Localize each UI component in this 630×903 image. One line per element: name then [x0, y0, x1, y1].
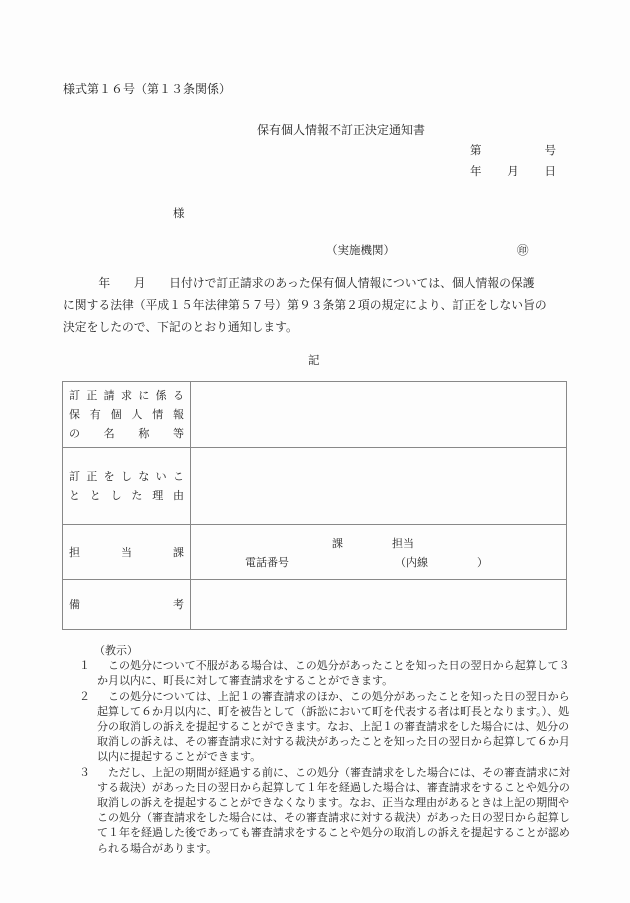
date-line: 年 月 日: [470, 163, 556, 179]
paragraph-line: 年 月 日付けで訂正請求のあった保有個人情報については、個人情報の保護: [63, 272, 568, 294]
phone-label: 電話番号: [245, 554, 289, 570]
value-remarks[interactable]: [191, 580, 567, 630]
value-info-name[interactable]: [191, 382, 567, 448]
seal-mark-icon: ㊞: [517, 242, 529, 258]
form-number: 様式第１６号（第１３条関係）: [63, 80, 231, 97]
paragraph-line: 決定をしたので、下記のとおり通知します。: [63, 316, 568, 338]
instruction-item: ２この処分については、上記１の審査請求のほか、この処分があったことを知った日の翌…: [66, 689, 571, 765]
addressee-suffix: 様: [173, 205, 185, 221]
table-row-info-name: 訂正請求に係る 保有個人情報 の名称等: [63, 382, 567, 448]
label-info-name: 訂正請求に係る 保有個人情報 の名称等: [63, 382, 191, 448]
details-table: 訂正請求に係る 保有個人情報 の名称等 訂正をしないこ ととした理由 担当課 課…: [62, 381, 567, 630]
document-number-line: 第 号: [470, 142, 556, 158]
ki-heading: 記: [308, 352, 320, 368]
instructions-section: （教示） １この処分について不服がある場合は、この処分があったことを知った日の翌…: [66, 643, 571, 856]
table-row-reason: 訂正をしないこ ととした理由: [63, 448, 567, 525]
notice-paragraph: 年 月 日付けで訂正請求のあった保有個人情報については、個人情報の保護 に関する…: [63, 272, 568, 338]
issuing-organization: （実施機関）: [326, 242, 395, 258]
date-year: 年: [470, 163, 482, 179]
person-label: 担当: [392, 535, 414, 551]
value-reason[interactable]: [191, 448, 567, 525]
date-month: 月: [507, 163, 519, 179]
extension-close: ）: [477, 554, 488, 570]
document-title: 保有個人情報不訂正決定通知書: [257, 121, 425, 138]
value-department[interactable]: 課 担当 電話番号 （内線 ）: [191, 525, 567, 580]
number-suffix: 号: [545, 142, 557, 158]
number-prefix: 第: [470, 142, 482, 158]
instructions-heading: （教示）: [66, 643, 571, 658]
label-department: 担当課: [63, 525, 191, 580]
section-label: 課: [332, 535, 343, 551]
label-reason: 訂正をしないこ ととした理由: [63, 448, 191, 525]
instruction-item: ３ただし、上記の期間が経過する前に、この処分（審査請求をした場合には、その審査請…: [66, 765, 571, 856]
date-day: 日: [545, 163, 557, 179]
table-row-department: 担当課 課 担当 電話番号 （内線 ）: [63, 525, 567, 580]
instruction-item: １この処分について不服がある場合は、この処分があったことを知った日の翌日から起算…: [66, 658, 571, 688]
paragraph-line: に関する法律（平成１５年法律第５７号）第９３条第２項の規定により、訂正をしない旨…: [63, 294, 568, 316]
extension-open: （内線: [395, 554, 428, 570]
table-row-remarks: 備考: [63, 580, 567, 630]
label-remarks: 備考: [63, 580, 191, 630]
